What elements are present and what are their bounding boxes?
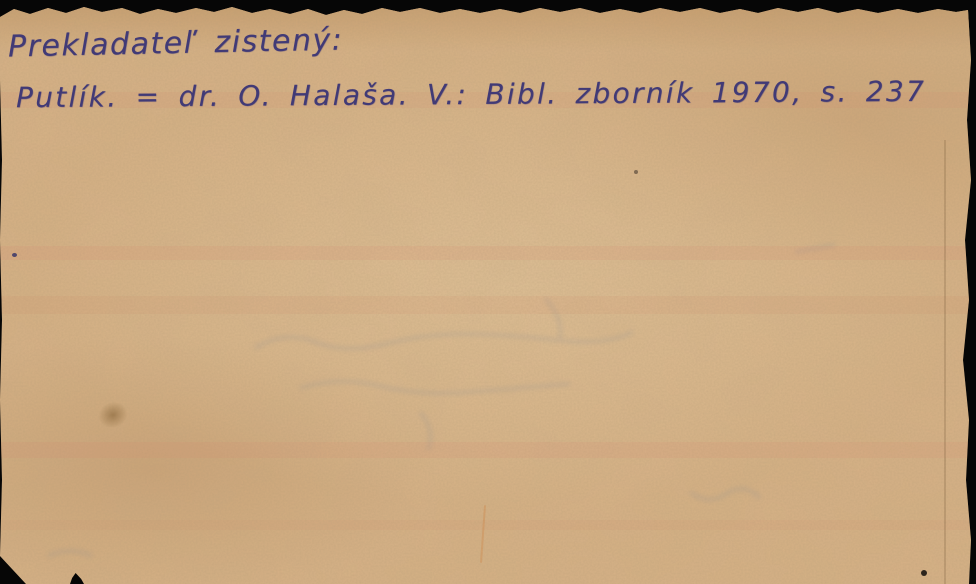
ink-speck (12, 253, 17, 257)
handwriting-line-1: Prekladateľ zistený: (8, 22, 344, 64)
paper-crease (944, 140, 946, 584)
dust-speck (634, 170, 638, 174)
scan-background: Prekladateľ zistený: Putlík. = dr. O. Ha… (0, 0, 976, 584)
paper-card: Prekladateľ zistený: Putlík. = dr. O. Ha… (0, 0, 976, 584)
dark-speck (921, 570, 927, 576)
handwriting-line-2: Putlík. = dr. O. Halaša. V.: Bibl. zborn… (16, 75, 926, 114)
